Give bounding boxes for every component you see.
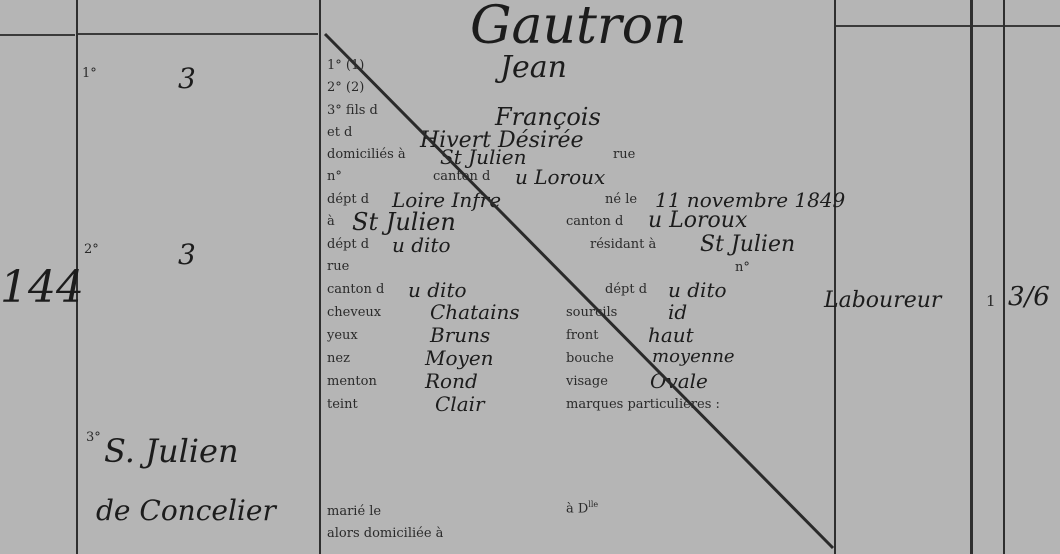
cross-out-line [0,0,1060,554]
register-page: 144 1° 3 2° 3 3° S. Julien de Concelier … [0,0,1060,554]
